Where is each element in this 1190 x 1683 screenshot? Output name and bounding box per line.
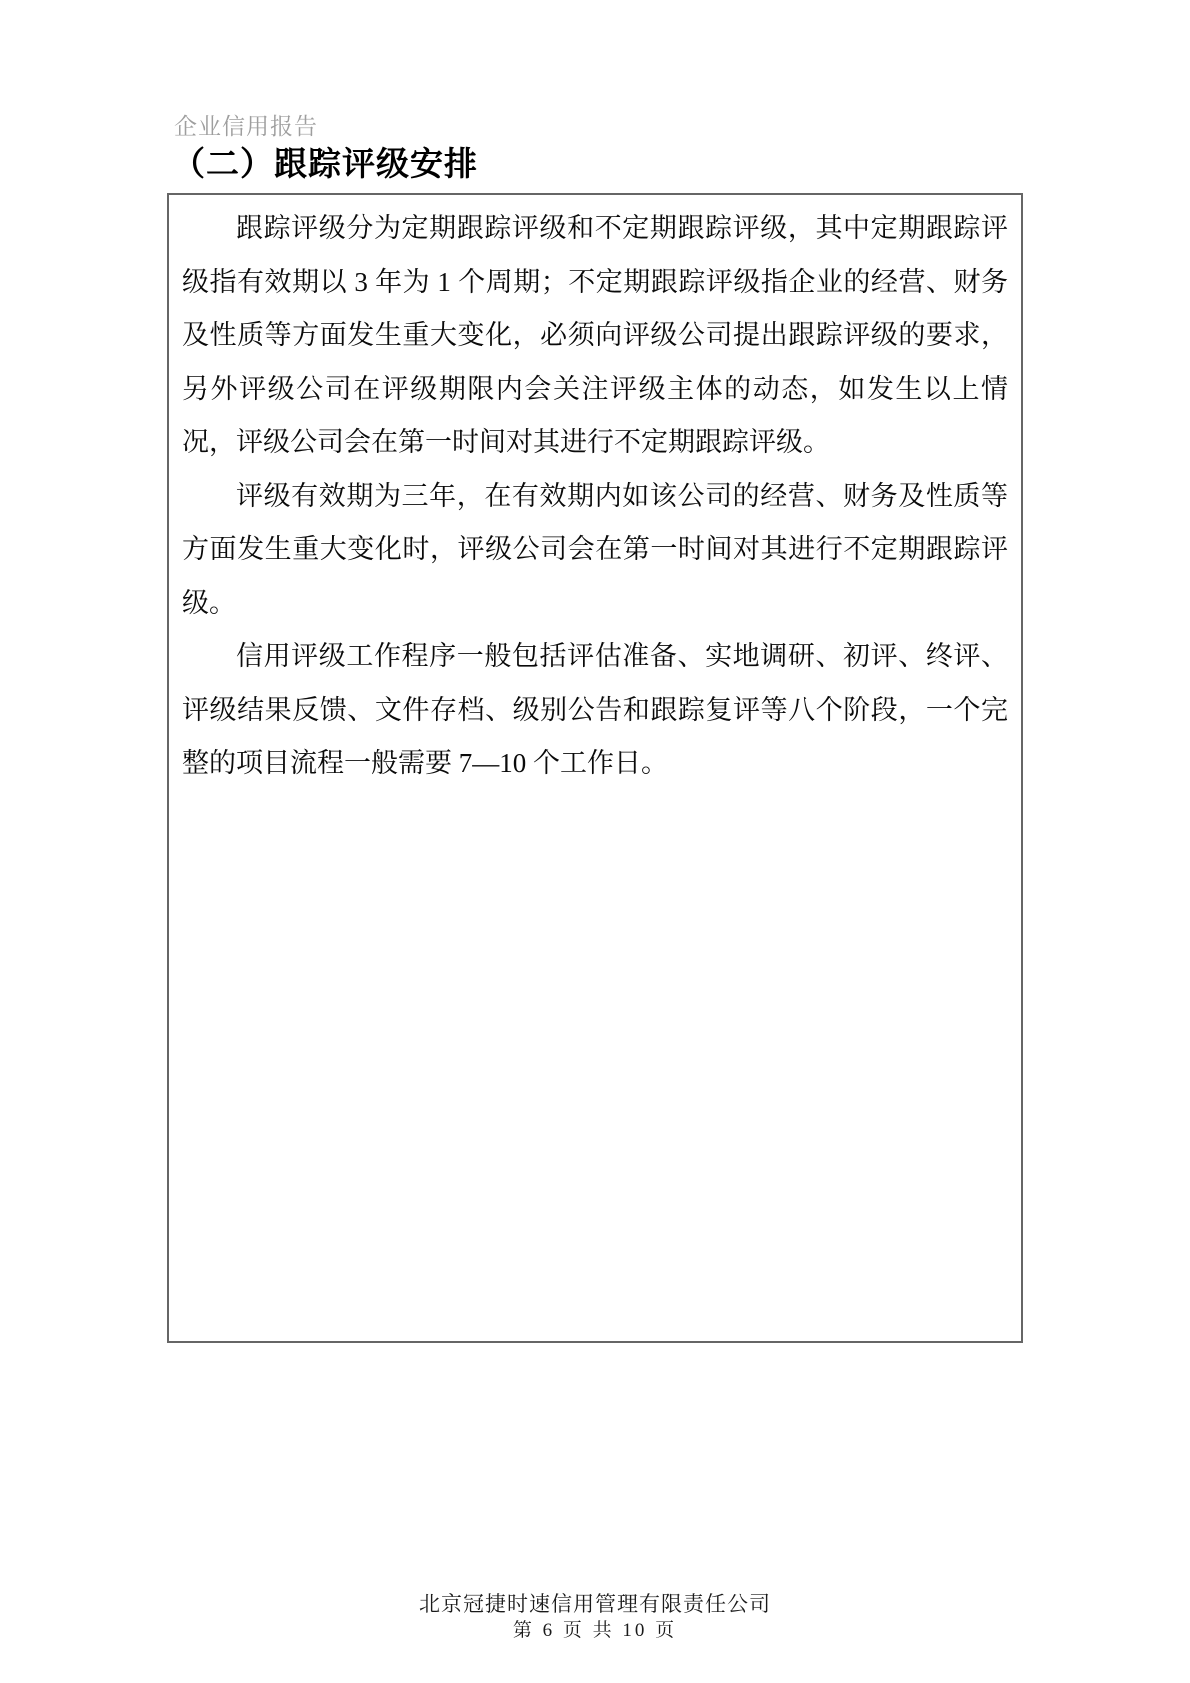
paragraph-rating-procedure: 信用评级工作程序一般包括评估准备、实地调研、初评、终评、评级结果反馈、文件存档、…: [182, 630, 1008, 791]
report-header-label: 企业信用报告: [174, 113, 318, 141]
paragraph-rating-validity: 评级有效期为三年，在有效期内如该公司的经营、财务及性质等方面发生重大变化时，评级…: [182, 470, 1008, 631]
content-box: 跟踪评级分为定期跟踪评级和不定期跟踪评级，其中定期跟踪评级指有效期以 3 年为 …: [167, 193, 1023, 1343]
page-footer: 北京冠捷时速信用管理有限责任公司 第 6 页 共 10 页: [0, 1590, 1190, 1644]
section-title: （二）跟踪评级安排: [172, 146, 478, 184]
footer-company-name: 北京冠捷时速信用管理有限责任公司: [0, 1590, 1190, 1618]
footer-page-number: 第 6 页 共 10 页: [0, 1618, 1190, 1644]
paragraph-tracking-rating-definition: 跟踪评级分为定期跟踪评级和不定期跟踪评级，其中定期跟踪评级指有效期以 3 年为 …: [182, 202, 1008, 470]
report-page: 企业信用报告 （二）跟踪评级安排 跟踪评级分为定期跟踪评级和不定期跟踪评级，其中…: [0, 0, 1190, 1683]
